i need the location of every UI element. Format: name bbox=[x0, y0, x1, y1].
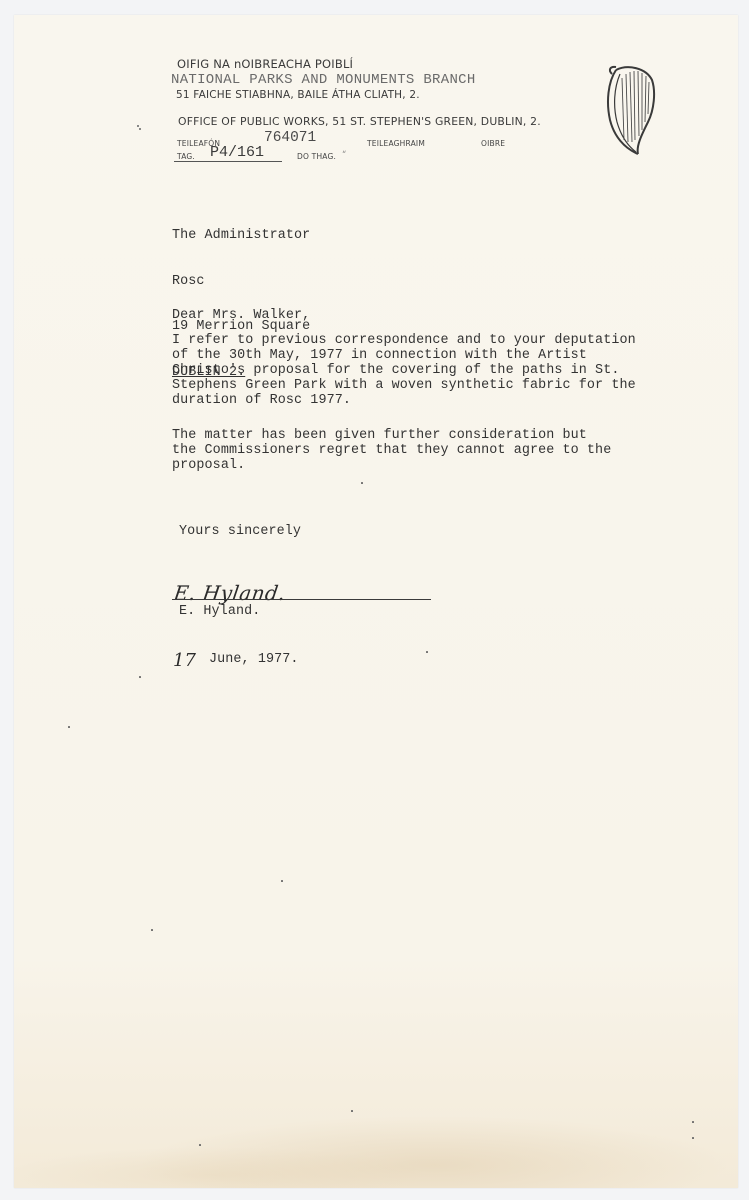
paper-speck bbox=[139, 128, 141, 130]
our-reference-number: P4/161 bbox=[210, 144, 264, 161]
paper-speck bbox=[199, 1144, 201, 1146]
closing: Yours sincerely bbox=[179, 524, 301, 539]
your-reference-label: DO THAG. bbox=[297, 152, 336, 161]
telephone-number: 764071 bbox=[264, 130, 316, 146]
body-paragraph: The matter has been given further consid… bbox=[172, 428, 611, 473]
paper-speck bbox=[137, 125, 139, 127]
paper-speck bbox=[139, 676, 141, 678]
branch-name: NATIONAL PARKS AND MONUMENTS BRANCH bbox=[171, 72, 476, 88]
salutation: Dear Mrs. Walker, bbox=[172, 308, 310, 323]
paper-speck bbox=[692, 1137, 694, 1139]
address-english: OFFICE OF PUBLIC WORKS, 51 ST. STEPHEN'S… bbox=[178, 115, 541, 128]
address-irish: 51 FAICHE STIABHNA, BAILE ÁTHA CLIATH, 2… bbox=[176, 89, 420, 101]
paper-speck bbox=[426, 651, 428, 653]
telegram-label: TEILEAGHRAIM bbox=[367, 139, 425, 148]
signatory-name: E. Hyland. bbox=[179, 604, 260, 619]
paper-speck bbox=[281, 880, 283, 882]
handwritten-date-day: 17 bbox=[173, 650, 196, 671]
signature-line bbox=[172, 599, 431, 600]
recipient-line: Rosc bbox=[172, 274, 310, 290]
paper-speck bbox=[68, 726, 70, 728]
department-name-irish: OIFIG NA nOIBREACHA POIBLÍ bbox=[177, 57, 353, 71]
harp-icon bbox=[602, 62, 658, 157]
your-reference-value: “ bbox=[342, 151, 346, 159]
reference-underline bbox=[174, 161, 282, 162]
paper-speck bbox=[361, 482, 363, 484]
works-label: OIBRE bbox=[481, 139, 505, 148]
body-paragraph: I refer to previous correspondence and t… bbox=[172, 333, 636, 408]
typed-date: June, 1977. bbox=[209, 652, 299, 667]
our-reference-label: TAG. bbox=[177, 152, 195, 161]
paper-speck bbox=[151, 929, 153, 931]
recipient-line: The Administrator bbox=[172, 228, 310, 244]
letter-page: OIFIG NA nOIBREACHA POIBLÍ NATIONAL PARK… bbox=[14, 15, 738, 1188]
paper-speck bbox=[351, 1110, 353, 1112]
handwritten-signature: E. Hyland. bbox=[172, 581, 287, 605]
paper-speck bbox=[692, 1121, 694, 1123]
